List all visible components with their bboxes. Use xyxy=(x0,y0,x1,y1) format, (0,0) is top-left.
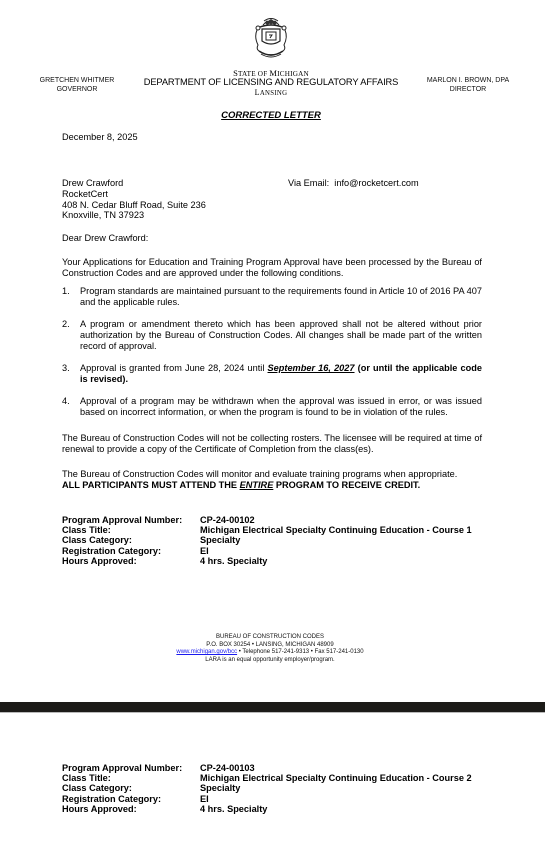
condition-item: 2. A program or amendment thereto which … xyxy=(62,319,482,351)
governor-title: GOVERNOR xyxy=(22,86,132,95)
approval-number: CP-24-00103 xyxy=(200,763,492,773)
recipient-city: Knoxville, TN 37923 xyxy=(62,210,206,221)
page-separator-edge xyxy=(0,712,545,713)
letter-date: December 8, 2025 xyxy=(62,132,138,143)
governor-name: GRETCHEN WHITMER xyxy=(22,77,132,86)
city-line: LANSING xyxy=(140,88,402,97)
condition-text: A program or amendment thereto which has… xyxy=(80,319,482,351)
class-category: Specialty xyxy=(200,783,492,793)
program-block: Program Approval Number:CP-24-00103 Clas… xyxy=(62,763,492,814)
rosters-paragraph: The Bureau of Construction Codes will no… xyxy=(62,433,482,455)
approval-number: CP-24-00102 xyxy=(200,515,492,525)
letter-title: CORRECTED LETTER xyxy=(140,110,402,121)
intro-paragraph: Your Applications for Education and Trai… xyxy=(62,257,482,279)
governor-block: GRETCHEN WHITMER GOVERNOR xyxy=(22,77,132,94)
condition-item: 4. Approval of a program may be withdraw… xyxy=(62,396,482,418)
class-category: Specialty xyxy=(200,535,492,545)
expiration-date: September 16, 2027 xyxy=(268,363,355,373)
registration-category: EI xyxy=(200,546,492,556)
recipient-address: Drew Crawford RocketCert 408 N. Cedar Bl… xyxy=(62,178,206,221)
condition-text: Approval is granted from June 28, 2024 u… xyxy=(80,363,482,385)
condition-text: Approval of a program may be withdrawn w… xyxy=(80,396,482,418)
recipient-company: RocketCert xyxy=(62,189,206,200)
condition-number: 4. xyxy=(62,396,80,418)
director-title: DIRECTOR xyxy=(413,86,523,95)
director-block: MARLON I. BROWN, DPA DIRECTOR xyxy=(413,77,523,94)
page-footer: BUREAU OF CONSTRUCTION CODES P.O. BOX 30… xyxy=(120,634,420,664)
via-email: Via Email: info@rocketcert.com xyxy=(288,178,419,189)
condition-item: 1. Program standards are maintained purs… xyxy=(62,286,482,308)
hours-approved: 4 hrs. Specialty xyxy=(200,804,492,814)
class-title: Michigan Electrical Specialty Continuing… xyxy=(200,525,492,535)
condition-number: 2. xyxy=(62,319,80,351)
condition-number: 1. xyxy=(62,286,80,308)
recipient-name: Drew Crawford xyxy=(62,178,206,189)
recipient-street: 408 N. Cedar Bluff Road, Suite 236 xyxy=(62,200,206,211)
director-name: MARLON I. BROWN, DPA xyxy=(413,77,523,86)
registration-category: EI xyxy=(200,794,492,804)
program-block: Program Approval Number:CP-24-00102 Clas… xyxy=(62,515,492,566)
page-separator xyxy=(0,702,545,712)
class-title: Michigan Electrical Specialty Continuing… xyxy=(200,773,492,783)
salutation: Dear Drew Crawford: xyxy=(62,233,148,244)
condition-item: 3. Approval is granted from June 28, 202… xyxy=(62,363,482,385)
michigan-seal-icon xyxy=(250,15,292,61)
condition-text: Program standards are maintained pursuan… xyxy=(80,286,482,308)
attendance-notice: ALL PARTICIPANTS MUST ATTEND THE ENTIRE … xyxy=(62,480,482,491)
condition-number: 3. xyxy=(62,363,80,385)
monitor-paragraph: The Bureau of Construction Codes will mo… xyxy=(62,469,482,491)
hours-approved: 4 hrs. Specialty xyxy=(200,556,492,566)
bcc-website-link[interactable]: www.michigan.gov/bcc xyxy=(176,649,237,655)
department-name: DEPARTMENT OF LICENSING AND REGULATORY A… xyxy=(140,77,402,87)
